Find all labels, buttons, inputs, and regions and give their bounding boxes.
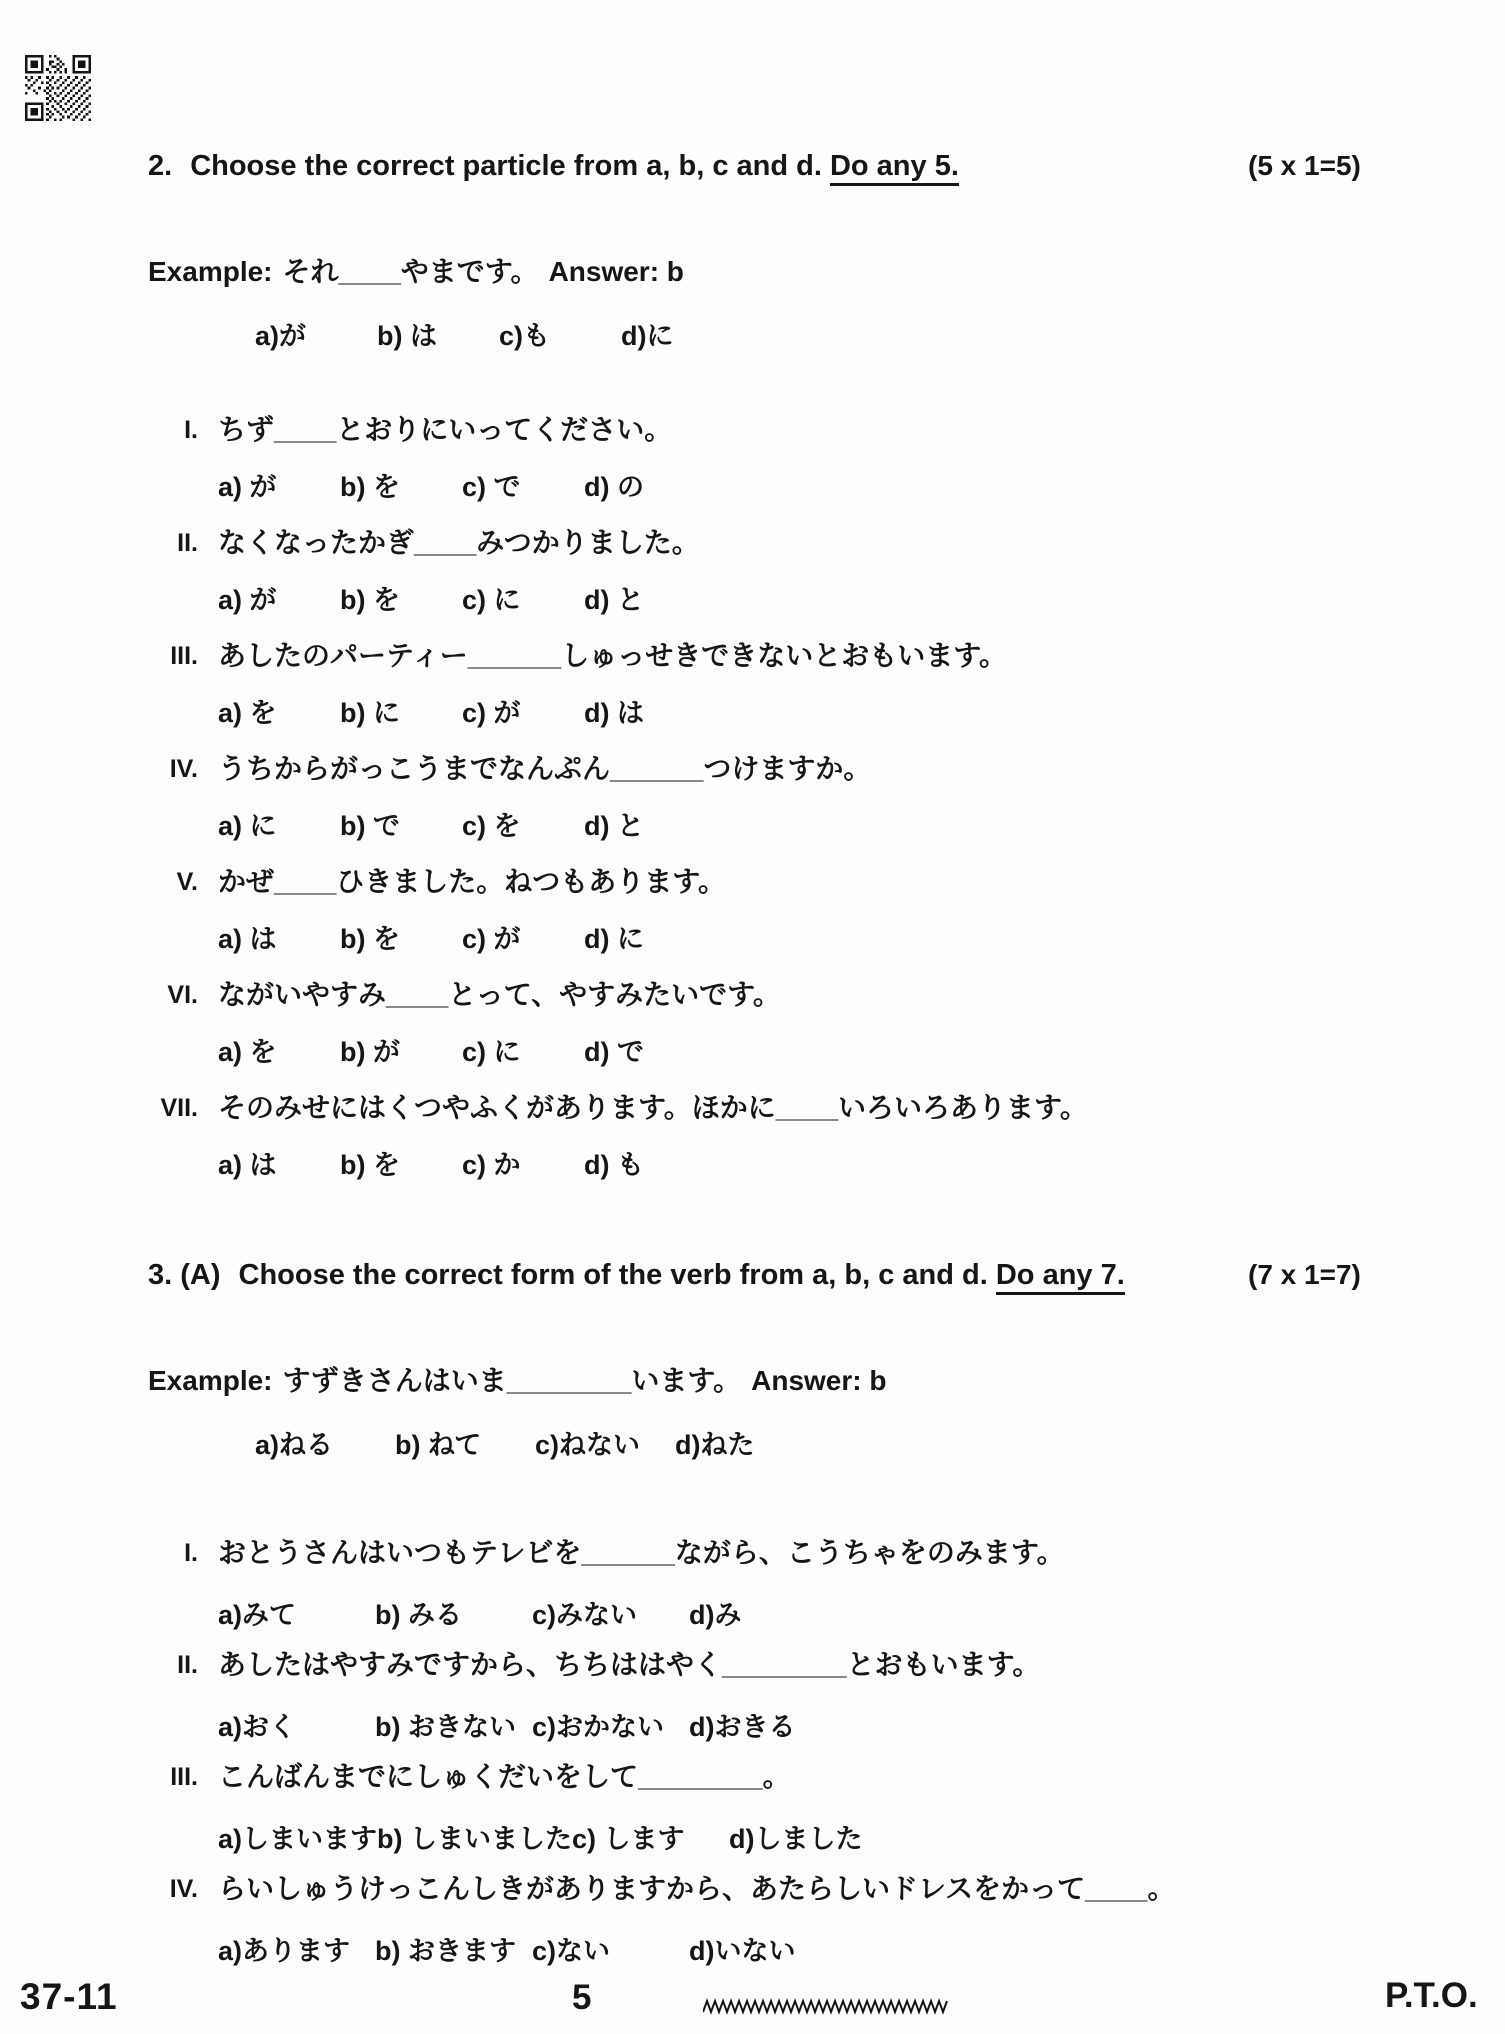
example-option: b) ねて [395,1426,535,1464]
question-number: 3. (A) [148,1259,221,1291]
item-sentence-row: IV.らいしゅうけっこんしきがありますから、あたらしいドレスをかって____。 [148,1870,1505,1908]
item-option: b) を [340,581,462,619]
item-numeral: VI. [148,976,198,1014]
item-option: d)み [689,1596,846,1634]
item-option: d) と [584,581,644,619]
item-options-row: a) をb) にc) がd) は [218,694,1505,732]
item-option: b) しまいました [377,1820,572,1858]
item-option: b) で [340,807,462,845]
item-option: c)おかない [532,1708,689,1746]
question-marks: (7 x 1=7) [1248,1256,1361,1294]
question-title: Choose the correct form of the verb from… [239,1259,988,1291]
item-option: a) に [218,807,340,845]
example-label: Example: [148,256,273,287]
item-option: b) みる [375,1596,532,1634]
example-answer: Answer: b [549,256,684,287]
item-option: c) に [462,1033,584,1071]
example-option: d)に [621,317,673,355]
question-heading: 2.Choose the correct particle from a, b,… [148,147,1505,185]
item-options-row: a) がb) をc) でd) の [218,468,1505,506]
item-option: d) と [584,807,644,845]
item-sentence-row: V.かぜ____ひきました。ねつもあります。 [148,863,1505,901]
item-option: d) も [584,1146,644,1184]
item-option: c) を [462,807,584,845]
item-options-row: a)ありますb) おきますc)ないd)いない [218,1932,1505,1970]
item-options-row: a)みてb) みるc)みないd)み [218,1596,1505,1634]
item-numeral: I. [148,411,198,449]
item-option: c) します [572,1820,729,1858]
item-option: d) で [584,1033,644,1071]
item-sentence-text: かぜ____ひきました。ねつもあります。 [218,863,726,901]
item-option: d) は [584,694,644,732]
example-label: Example: [148,1365,273,1396]
paper-code: 37-11 [20,1976,118,2018]
question-heading: 3. (A)Choose the correct form of the ver… [148,1256,1505,1294]
item-numeral: V. [148,863,198,901]
item-sentence-row: I.おとうさんはいつもテレビを______ながら、こうちゃをのみます。 [148,1534,1505,1572]
item-sentence-text: なくなったかぎ____みつかりました。 [218,524,700,562]
item-sentence-text: ちず____とおりにいってください。 [218,411,672,449]
item-numeral: IV. [148,1870,198,1908]
item-option: c) で [462,468,584,506]
item-option: b) おきます [375,1932,532,1970]
item-sentence-text: ながいやすみ____とって、やすみたいです。 [218,976,781,1014]
example-option: c)も [499,317,621,355]
example-options-row: a)ねるb) ねてc)ねないd)ねた [255,1426,1505,1464]
item-sentence-row: III.こんばんまでにしゅくだいをして________。 [148,1758,1505,1796]
example-option: c)ねない [535,1426,675,1464]
item-sentence-text: あしたのパーティー______しゅっせきできないとおもいます。 [218,637,1007,675]
item-option: b) を [340,468,462,506]
item-sentence-row: I.ちず____とおりにいってください。 [148,411,1505,449]
item-numeral: II. [148,1646,198,1684]
example-option: a)が [255,317,377,355]
item-option: a)おく [218,1708,375,1746]
squiggle-line-icon [703,1996,948,2018]
example-sentence: それ____やまです。 [283,256,539,287]
item-numeral: III. [148,1758,198,1796]
question-sections: 2.Choose the correct particle from a, b,… [0,0,1505,1982]
item-sentence-text: うちからがっこうまでなんぷん______つけますか。 [218,750,871,788]
example-answer: Answer: b [751,1365,886,1396]
item-option: c)みない [532,1596,689,1634]
item-option: c) が [462,694,584,732]
item-option: a) は [218,920,340,958]
item-option: d) の [584,468,644,506]
example-option: d)ねた [675,1426,815,1464]
items-list: I.おとうさんはいつもテレビを______ながら、こうちゃをのみます。a)みてb… [148,1534,1505,1970]
item-option: b) に [340,694,462,732]
item-option: c) に [462,581,584,619]
item-option: a)しまいます [218,1820,377,1858]
item-numeral: IV. [148,750,198,788]
question-number: 2. [148,150,172,182]
pto-label: P.T.O. [1385,1976,1478,2016]
question-section: 2.Choose the correct particle from a, b,… [148,147,1505,1184]
item-option: a)みて [218,1596,375,1634]
example-options-row: a)がb) はc)もd)に [255,317,1505,355]
question-instruction-underlined: Do any 7. [996,1259,1125,1295]
item-option: d)しました [729,1820,886,1858]
item-sentence-row: II.なくなったかぎ____みつかりました。 [148,524,1505,562]
item-sentence-text: こんばんまでにしゅくだいをして________。 [218,1758,791,1796]
item-numeral: III. [148,637,198,675]
item-options-row: a) はb) をc) かd) も [218,1146,1505,1184]
item-numeral: II. [148,524,198,562]
item-option: a)あります [218,1932,375,1970]
example-row: Example:それ____やまです。Answer: b [148,253,1505,291]
question-marks: (5 x 1=5) [1248,147,1361,185]
item-sentence-text: らいしゅうけっこんしきがありますから、あたらしいドレスをかって____。 [218,1870,1175,1908]
example-option: a)ねる [255,1426,395,1464]
exam-page: 2.Choose the correct particle from a, b,… [0,0,1505,2034]
item-option: a) が [218,468,340,506]
item-sentence-row: III.あしたのパーティー______しゅっせきできないとおもいます。 [148,637,1505,675]
items-list: I.ちず____とおりにいってください。a) がb) をc) でd) のII.な… [148,411,1505,1184]
item-options-row: a) をb) がc) にd) で [218,1033,1505,1071]
example-row: Example:すずきさんはいま________います。Answer: b [148,1362,1505,1400]
example-sentence: すずきさんはいま________います。 [283,1365,742,1396]
item-sentence-row: VI.ながいやすみ____とって、やすみたいです。 [148,976,1505,1014]
item-options-row: a)しまいますb) しまいましたc) しますd)しました [218,1820,1505,1858]
item-sentence-text: おとうさんはいつもテレビを______ながら、こうちゃをのみます。 [218,1534,1065,1572]
question-instruction-underlined: Do any 5. [830,150,959,186]
item-options-row: a) はb) をc) がd) に [218,920,1505,958]
item-sentence-row: II.あしたはやすみですから、ちちははやく________とおもいます。 [148,1646,1505,1684]
example-option: b) は [377,317,499,355]
item-sentence-row: VII.そのみせにはくつやふくがあります。ほかに____いろいろあります。 [148,1089,1505,1127]
item-options-row: a) がb) をc) にd) と [218,581,1505,619]
item-sentence-row: IV.うちからがっこうまでなんぷん______つけますか。 [148,750,1505,788]
question-title: Choose the correct particle from a, b, c… [190,150,822,182]
item-option: d) に [584,920,644,958]
item-option: a) が [218,581,340,619]
item-numeral: VII. [148,1089,198,1127]
item-option: b) を [340,1146,462,1184]
item-option: a) は [218,1146,340,1184]
page-number: 5 [572,1978,591,2018]
item-option: b) おきない [375,1708,532,1746]
item-sentence-text: そのみせにはくつやふくがあります。ほかに____いろいろあります。 [218,1089,1088,1127]
item-option: c) か [462,1146,584,1184]
item-option: a) を [218,1033,340,1071]
item-option: c)ない [532,1932,689,1970]
item-numeral: I. [148,1534,198,1572]
item-option: c) が [462,920,584,958]
item-option: d)おきる [689,1708,846,1746]
item-options-row: a) にb) でc) をd) と [218,807,1505,845]
item-options-row: a)おくb) おきないc)おかないd)おきる [218,1708,1505,1746]
item-option: b) を [340,920,462,958]
item-option: b) が [340,1033,462,1071]
item-sentence-text: あしたはやすみですから、ちちははやく________とおもいます。 [218,1646,1040,1684]
item-option: a) を [218,694,340,732]
item-option: d)いない [689,1932,846,1970]
question-section: 3. (A)Choose the correct form of the ver… [148,1256,1505,1970]
